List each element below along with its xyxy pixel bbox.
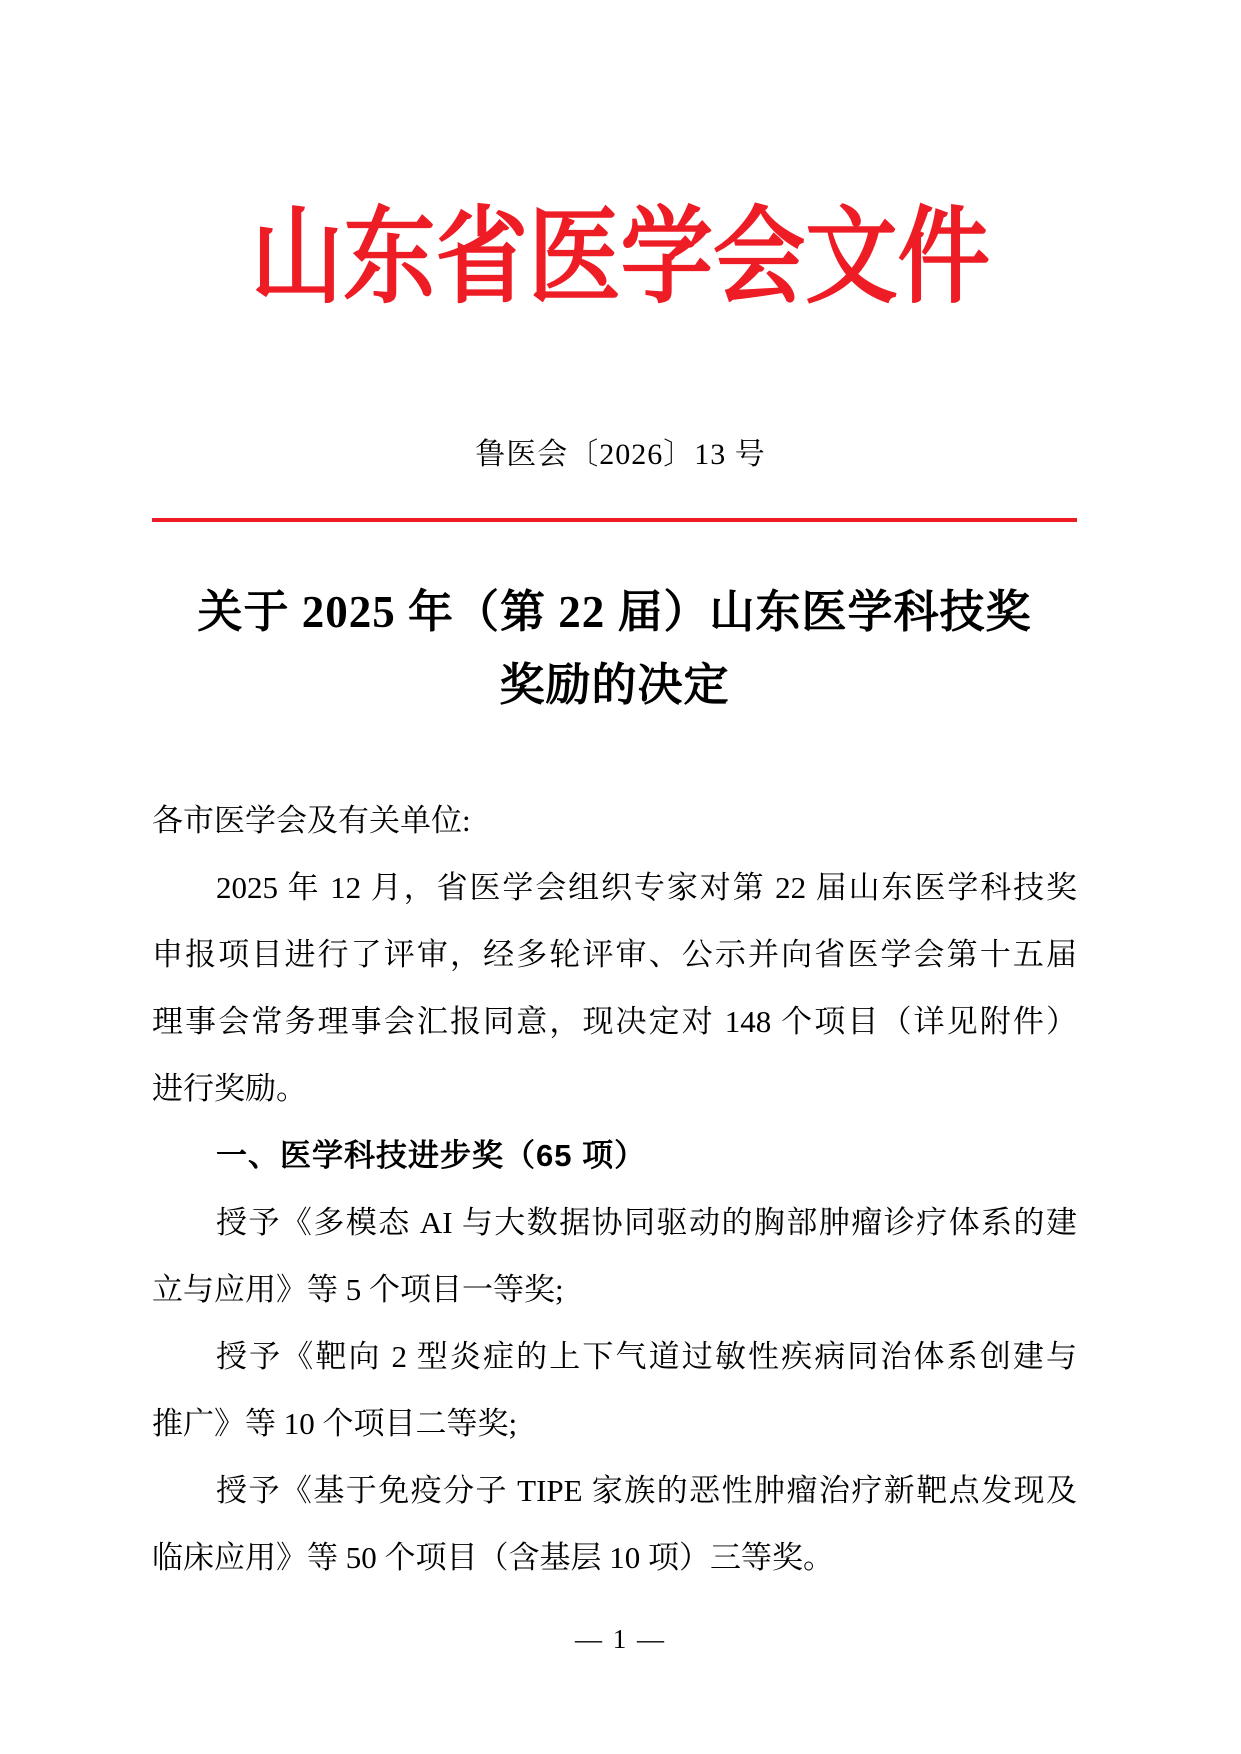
body-line: 授予《靶向 2 型炎症的上下气道过敏性疾病同治体系创建与 [152,1323,1077,1390]
section-heading: 一、医学科技进步奖（65 项） [152,1122,1077,1189]
body-line: 立与应用》等 5 个项目一等奖; [152,1256,1077,1323]
document-page: 山东省医学会文件 鲁医会〔2026〕13 号 关于 2025 年（第 22 届）… [0,0,1241,1754]
document-title: 关于 2025 年（第 22 届）山东医学科技奖 奖励的决定 [152,576,1077,722]
body-line: 申报项目进行了评审，经多轮评审、公示并向省医学会第十五届 [152,921,1077,988]
body-line: 推广》等 10 个项目二等奖; [152,1390,1077,1457]
document-title-line2: 奖励的决定 [152,649,1077,722]
body-line: 理事会常务理事会汇报同意，现决定对 148 个项目（详见附件） [152,988,1077,1055]
body-line: 临床应用》等 50 个项目（含基层 10 项）三等奖。 [152,1524,1077,1591]
salutation-line: 各市医学会及有关单位: [152,787,1077,854]
body-line: 授予《基于免疫分子 TIPE 家族的恶性肿瘤治疗新靶点发现及 [152,1457,1077,1524]
body-line: 2025 年 12 月，省医学会组织专家对第 22 届山东医学科技奖 [152,854,1077,921]
body-line: 授予《多模态 AI 与大数据协同驱动的胸部肿瘤诊疗体系的建 [152,1189,1077,1256]
org-header-title: 山东省医学会文件 [74,0,1166,318]
document-number: 鲁医会〔2026〕13 号 [0,438,1241,472]
page-number: — 1 — [0,1624,1241,1654]
red-divider-line [152,518,1077,522]
document-title-line1: 关于 2025 年（第 22 届）山东医学科技奖 [152,576,1077,649]
document-body: 各市医学会及有关单位: 2025 年 12 月，省医学会组织专家对第 22 届山… [152,787,1077,1591]
body-line: 进行奖励。 [152,1055,1077,1122]
